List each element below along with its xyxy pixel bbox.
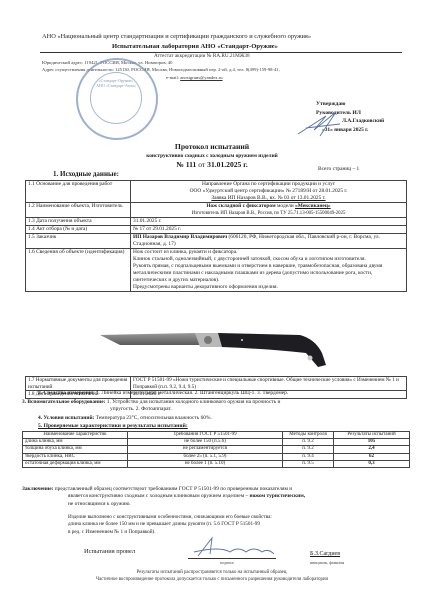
- product-type: Нож складной с фиксатором: [206, 203, 275, 209]
- cell-method: п. 9.2: [283, 446, 334, 453]
- table-row: 1.5 Заказчик ИП Назаров Владимир Владими…: [26, 234, 407, 249]
- section2-text: 1. Линейка измерительная металлическая. …: [95, 390, 288, 396]
- ident-line4: Предусмотрены варианты декоративного офо…: [133, 284, 404, 291]
- row-key: 1.4 Акт отбора (№ и дата): [26, 226, 131, 234]
- row-key: 1.1 Основание для проведения работ: [26, 181, 131, 203]
- section5-heading: 5. Проверяемые характеристики и результа…: [38, 423, 188, 429]
- organization-name: АНО «Национальный центр стандартизации и…: [42, 33, 311, 40]
- protocol-date: 31.01.2025 г.: [207, 160, 248, 169]
- section4-label: 4. Условия испытаний:: [38, 415, 94, 421]
- actual-address: Адрес осуществления деятельности: 125130…: [42, 67, 280, 72]
- manufacturer: Изготовитель ИП Назаров В.В., Россия, по…: [133, 210, 404, 217]
- protocol-title: Протокол испытаний: [0, 142, 424, 151]
- cell-req: более 25 (п. 5.1, 5.9): [128, 453, 283, 460]
- laboratory-name: Испытательная лаборатория АНО «Стандарт-…: [112, 43, 278, 50]
- table-row: толщина обуха клинка, мм не регламентиру…: [23, 446, 410, 453]
- conclusion-text3: не относящимся к оружию.: [22, 501, 402, 508]
- customer-name: ИП Назаров Владимир Владимирович: [133, 234, 227, 240]
- product-mid: модели: [276, 203, 295, 209]
- section1-heading: 1. Исходные данные:: [53, 170, 119, 178]
- col-header-method: Методы контроля: [283, 432, 334, 439]
- col-header-name: Наименование характеристик: [23, 432, 128, 439]
- cell-name: длина клинка, мм: [23, 439, 128, 446]
- conclusion-text2-wrap: является конструктивно сходным с холодны…: [22, 493, 402, 500]
- row-value: 31.01.2025 г.: [131, 218, 407, 226]
- cell-result: 2,4: [334, 446, 410, 453]
- features: Изделие выполнено с конструктивными особ…: [68, 514, 398, 536]
- ident-line3: Рукоять прямая, с подпальцевыми выемками…: [133, 263, 404, 284]
- product-name: Нож складной с фиксатором модели «Мексик…: [133, 203, 404, 210]
- cell-name: остаточная деформация клинка, мм: [23, 460, 128, 467]
- initial-data-table: 1.1 Основание для проведения работ Напра…: [25, 180, 407, 292]
- section3: 3. Вспомогательное оборудование: 1. Устр…: [22, 399, 280, 405]
- cell-method: п. 9.2: [283, 439, 334, 446]
- section3-text: 1. Устройство для испытания холодного кл…: [105, 399, 280, 405]
- basis-line1: Направление Органа по сертификации проду…: [133, 181, 404, 188]
- ident-line1: Нож состоит из клинка, рукояти и фиксато…: [133, 249, 404, 256]
- page-count: Всего страниц – 1: [318, 166, 359, 172]
- protocol-number-prefix: № 111: [176, 160, 196, 169]
- cell-req: не более 150 (п.5.6): [128, 439, 283, 446]
- section2: 2. Средства измерения: 1. Линейка измери…: [38, 390, 288, 396]
- results-table: Наименование характеристик Требования ГО…: [22, 431, 410, 468]
- row-value: Направление Органа по сертификации проду…: [131, 181, 407, 203]
- basis-line2: ООО «Удмуртский центр сертификации» № 27…: [133, 188, 404, 195]
- cell-method: п. 9.4: [283, 453, 334, 460]
- conclusion: Заключение: представленный образец соотв…: [22, 486, 402, 508]
- section4: 4. Условия испытаний: Температура 23°С, …: [38, 415, 212, 421]
- conclusion-verdict: ножом туристическим,: [250, 493, 306, 499]
- row-key: 1.3 Дата получения объекта: [26, 218, 131, 226]
- features-line2: длина клинка не более 150 мм и не превыш…: [68, 521, 398, 528]
- cell-result: 62: [334, 453, 410, 460]
- tester-name: Б.З.Сагдиев: [310, 551, 340, 557]
- col-header-req: Требования ГОСТ Р 51501-99: [128, 432, 283, 439]
- section4-text: Температура 23°С, относительная влажност…: [94, 415, 211, 421]
- section3-cont: упругость. 2. Фотоаппарат.: [110, 406, 172, 412]
- conclusion-text2: является конструктивно сходным с холодны…: [68, 493, 250, 499]
- email-label: e-mail:: [166, 75, 180, 80]
- cell-method: п. 9.5: [283, 460, 334, 467]
- footer-note1: Результаты испытаний распространяются то…: [0, 570, 424, 575]
- protocol-number: № 111 от 31.01.2025 г.: [0, 160, 424, 169]
- cell-name: толщина обуха клинка, мм: [23, 446, 128, 453]
- row-value: Нож складной с фиксатором модели «Мексик…: [131, 203, 407, 218]
- seal-stamp: «Стандарт-Оружие» АНО «Стандарт-Атом»: [76, 58, 158, 140]
- section3-label: 3. Вспомогательное оборудование:: [22, 399, 105, 405]
- approval-signature-icon: [296, 106, 346, 142]
- cell-result: 105: [334, 439, 410, 446]
- table-row: 1.3 Дата получения объекта 31.01.2025 г.: [26, 218, 407, 226]
- row-value: № 17 от 29.01.2025 г.: [131, 226, 407, 234]
- seal-text: «Стандарт-Оружие» АНО «Стандарт-Атом»: [96, 78, 136, 88]
- table-row: 1.2 Наименование объекта, Изготовитель Н…: [26, 203, 407, 218]
- table-row: 1.7 Нормативные документы для проведения…: [26, 377, 407, 391]
- table-row: длина клинка, мм не более 150 (п.5.6) п.…: [23, 439, 410, 446]
- table-header-row: Наименование характеристик Требования ГО…: [23, 432, 410, 439]
- basis-line3: Заявка ИП Назаров В.В., вх. № 03 от 13.0…: [133, 195, 404, 202]
- row-key: 1.2 Наименование объекта, Изготовитель: [26, 203, 131, 218]
- table-row: 1.4 Акт отбора (№ и дата) № 17 от 29.01.…: [26, 226, 407, 234]
- row-value: ГОСТ Р 51501-99 «Ножи туристические и сп…: [131, 377, 407, 391]
- cell-result: 0,3: [334, 460, 410, 467]
- ident-line2: Клинок стальной, однолезвийный, с двусто…: [133, 256, 404, 263]
- email-line: e-mail: anostgruns@yandex.ru: [166, 75, 223, 80]
- name-caption: инициалы, фамилия: [310, 560, 344, 565]
- tester-signature-icon: [190, 536, 275, 560]
- row-key: 1.5 Заказчик: [26, 234, 131, 249]
- table-row: 1.1 Основание для проведения работ Напра…: [26, 181, 407, 203]
- cell-req: не более 1 (п. 5.10): [128, 460, 283, 467]
- signature-line: [188, 558, 276, 559]
- row-key: 1.7 Нормативные документы для проведения…: [26, 377, 131, 391]
- tested-by-label: Испытания провел: [84, 548, 135, 555]
- cell-name: твердость клинка, HRC: [23, 453, 128, 460]
- footer-note2: Частичное воспроизведение протокола допу…: [0, 577, 424, 582]
- product-model: «Мексиканец»: [295, 203, 331, 209]
- accreditation: Аттестат аккредитации № RA.RU.21МЖ38: [154, 53, 250, 59]
- row-value: Нож состоит из клинка, рукояти и фиксато…: [131, 249, 407, 292]
- row-value: ИП Назаров Владимир Владимирович (606120…: [131, 234, 407, 249]
- table-row: остаточная деформация клинка, мм не боле…: [23, 460, 410, 467]
- cell-req: не регламентируется: [128, 446, 283, 453]
- signature-caption: подпись: [220, 560, 234, 565]
- protocol-subtitle: конструктивно сходных с холодным оружием…: [0, 153, 424, 159]
- protocol-number-mid: от: [196, 160, 207, 169]
- col-header-result: Результаты испытаний: [334, 432, 410, 439]
- knife-photo: [100, 325, 330, 375]
- table-row: 1.6 Сведения об объекте (идентификация) …: [26, 249, 407, 292]
- email-link[interactable]: anostgruns@yandex.ru: [180, 75, 222, 80]
- conclusion-text1: представленный образец соответствуют тре…: [53, 486, 292, 492]
- conclusion-label: Заключение:: [22, 486, 53, 492]
- row-key: 1.6 Сведения об объекте (идентификация): [26, 249, 131, 292]
- section2-label: 2. Средства измерения:: [38, 390, 95, 396]
- table-row: твердость клинка, HRC более 25 (п. 5.1, …: [23, 453, 410, 460]
